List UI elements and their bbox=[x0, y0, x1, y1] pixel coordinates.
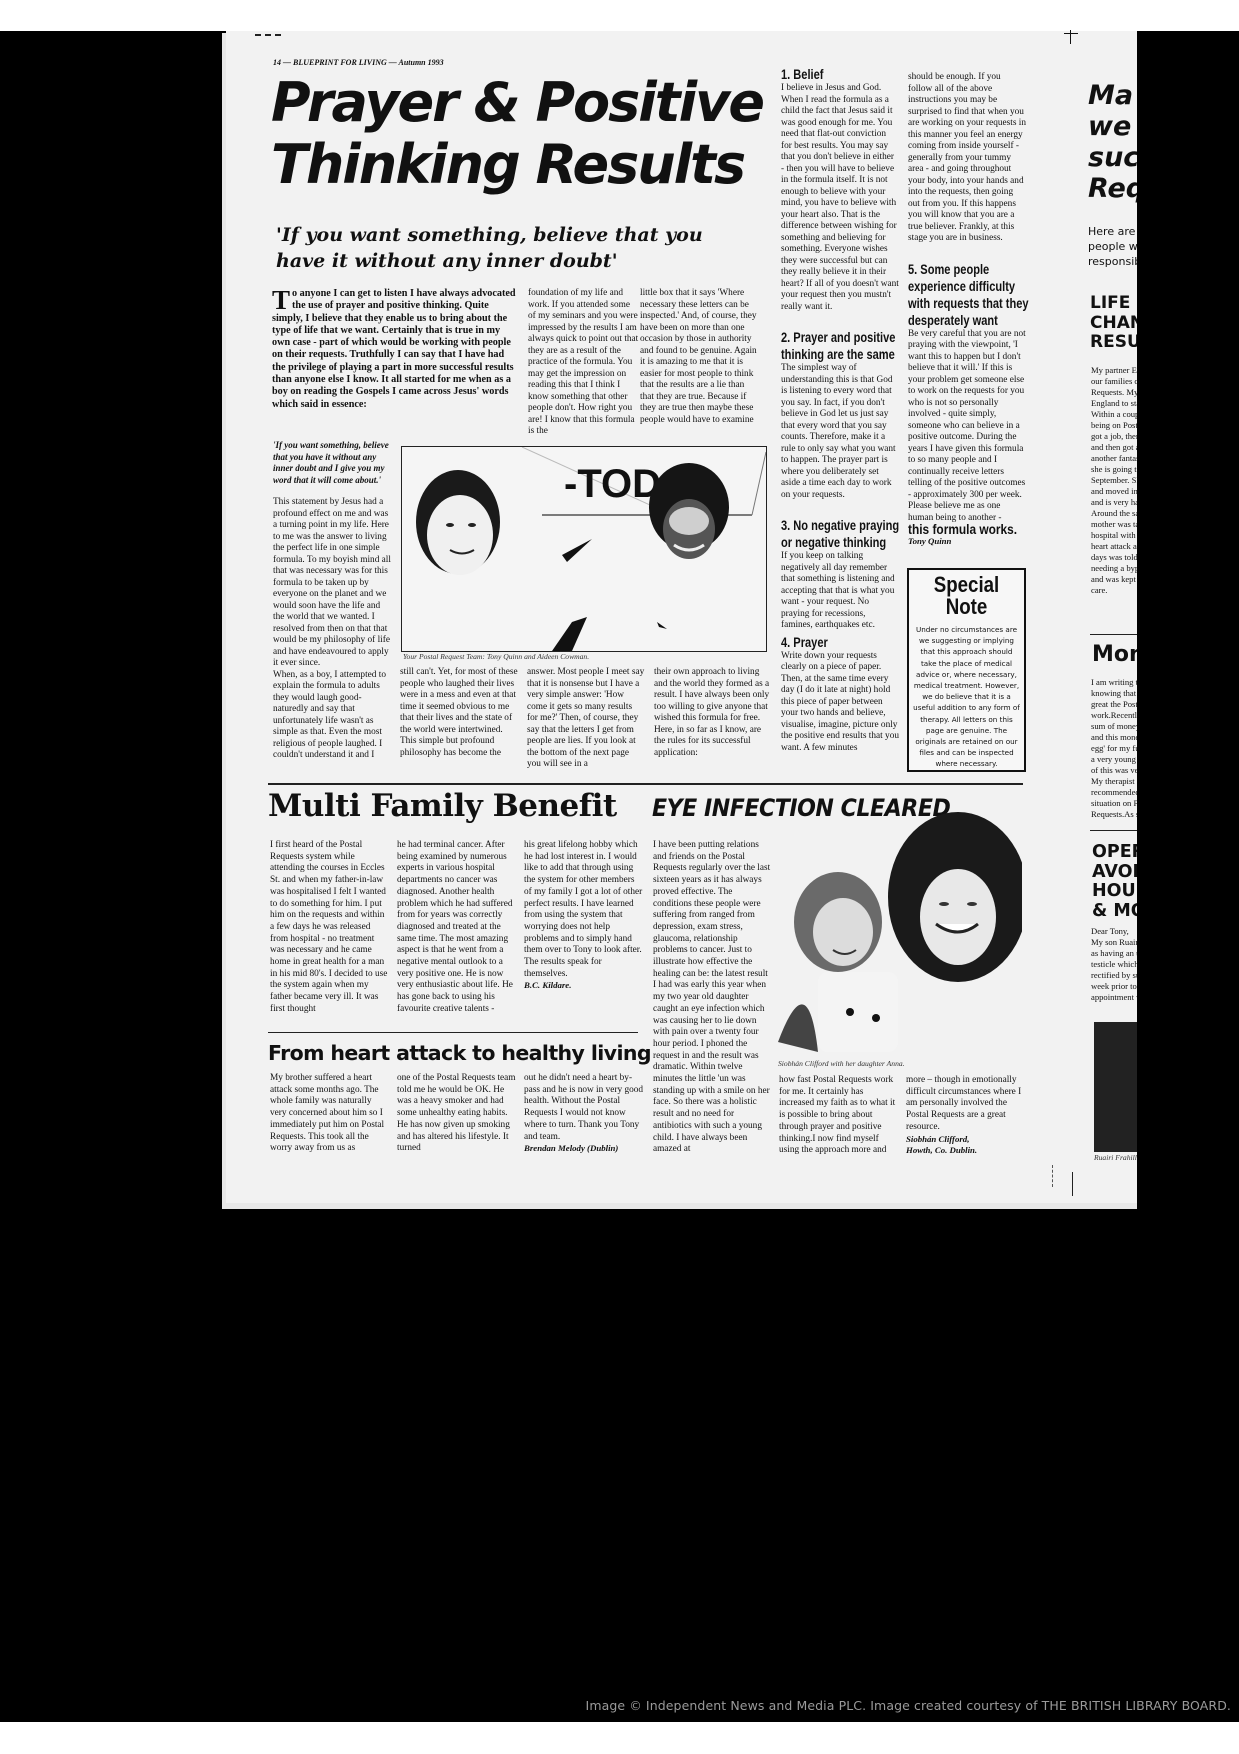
fold-mark bbox=[1052, 1165, 1054, 1187]
team-photo-caption: Your Postal Request Team: Tony Quinn and… bbox=[403, 652, 589, 661]
lede-paragraph: To anyone I can get to listen I have alw… bbox=[272, 288, 517, 411]
headline-line-2: Thinking Results bbox=[271, 134, 763, 196]
multi-family-title: Multi Family Benefit bbox=[268, 788, 617, 824]
article-column-c-bottom: answer. Most people I meet say that it i… bbox=[527, 667, 645, 771]
main-subheadline: 'If you want something, believe that you… bbox=[276, 222, 746, 274]
next-page-divider bbox=[1090, 830, 1138, 831]
formula-works-callout: this formula works. bbox=[908, 524, 1008, 536]
eye-infection-signature-2: Howth, Co. Dublin. bbox=[906, 1145, 1026, 1157]
mother-daughter-caption: Siobhán Clifford with her daughter Anna. bbox=[778, 1059, 905, 1068]
section-title-line: RESU bbox=[1090, 333, 1144, 353]
special-note-title-2: Note bbox=[918, 596, 1016, 618]
drop-cap: T bbox=[272, 289, 290, 311]
jesus-quote: 'If you want something, believe that you… bbox=[273, 440, 391, 486]
running-header: 14 — BLUEPRINT FOR LIVING — Autumn 1993 bbox=[273, 58, 444, 67]
rule-4-continued: should be enough. If you follow all of t… bbox=[908, 72, 1026, 245]
heart-attack-signature: Brendan Melody (Dublin) bbox=[524, 1143, 644, 1155]
image-credit: Image © Independent News and Media PLC. … bbox=[586, 1698, 1231, 1713]
fold-mark bbox=[1072, 1172, 1073, 1196]
heart-attack-col-1: My brother suffered a heart attack some … bbox=[270, 1073, 390, 1155]
heart-attack-col-3: out he didn't need a heart by-pass and h… bbox=[524, 1073, 644, 1155]
mother-daughter-photo-image bbox=[778, 812, 1022, 1056]
ruairi-photo bbox=[1094, 1022, 1138, 1152]
special-note-box: Special Note Under no circumstances are … bbox=[907, 568, 1026, 772]
bottom-margin bbox=[0, 1722, 1239, 1754]
multi-family-col-1: I first heard of the Postal Requests sys… bbox=[270, 840, 390, 1016]
team-photo-image: -TOD bbox=[402, 447, 766, 651]
author-signature: Tony Quinn bbox=[908, 536, 1026, 548]
life-changing-title: LIFE CHAN RESU bbox=[1090, 294, 1144, 353]
eye-infection-col-3: more – though in emotionally difficult c… bbox=[906, 1075, 1026, 1157]
article-column-c-top: little box that it says 'Where necessary… bbox=[640, 288, 760, 426]
rule-2-title: 2. Prayer and positive thinking are the … bbox=[781, 329, 904, 363]
heart-attack-col-2: one of the Postal Requests team told me … bbox=[397, 1073, 517, 1155]
team-photo: -TOD bbox=[401, 446, 767, 652]
eye-infection-col-2: how fast Postal Requests work for me. It… bbox=[779, 1075, 897, 1157]
article-column-a: 'If you want something, believe that you… bbox=[273, 440, 391, 762]
rule-5-title: 5. Some people experience difficulty wit… bbox=[908, 261, 1031, 329]
rules-column-2: should be enough. If you follow all of t… bbox=[908, 72, 1026, 547]
rule-5-body: Be very careful that you are not praying… bbox=[908, 329, 1026, 525]
article-column-b-bottom: still can't. Yet, for most of these peop… bbox=[400, 667, 518, 759]
heart-attack-title: From heart attack to healthy living bbox=[268, 1041, 651, 1065]
mother-daughter-photo bbox=[778, 812, 1022, 1056]
scan-black-border bbox=[1137, 31, 1239, 1211]
section-divider bbox=[268, 783, 1023, 785]
column-a-paragraph-1: This statement by Jesus had a profound e… bbox=[273, 497, 391, 670]
article-column-d-bottom: their own approach to living and the wor… bbox=[654, 667, 772, 759]
eye-infection-col-1: I have been putting relations and friend… bbox=[653, 840, 773, 1156]
special-note-body: Under no circumstances are we suggesting… bbox=[909, 624, 1024, 770]
registration-mark-icon bbox=[1064, 30, 1078, 44]
lede-text: o anyone I can get to listen I have alwa… bbox=[272, 288, 516, 410]
rules-column-1: 1. Belief I believe in Jesus and God. Wh… bbox=[781, 66, 899, 754]
next-page-divider bbox=[1090, 634, 1138, 635]
story-divider bbox=[268, 1032, 638, 1033]
crop-mark bbox=[255, 34, 281, 36]
ruairi-photo-caption: Ruairi Frahill bbox=[1094, 1153, 1137, 1162]
multi-family-col-3-text: his great lifelong hobby which he had lo… bbox=[524, 840, 642, 979]
rule-4-body: Write down your requests clearly on a pi… bbox=[781, 651, 899, 755]
section-title-line: CHAN bbox=[1090, 314, 1144, 334]
multi-family-col-2: he had terminal cancer. After being exam… bbox=[397, 840, 517, 1016]
rule-3-title: 3. No negative praying or negative think… bbox=[781, 517, 904, 551]
special-note-title-1: Special bbox=[918, 574, 1016, 596]
rule-4-title: 4. Prayer bbox=[781, 634, 878, 651]
photo-sign-text: -TOD bbox=[564, 462, 661, 506]
headline-line-1: Prayer & Positive bbox=[271, 72, 763, 134]
top-margin bbox=[0, 0, 1239, 31]
main-headline: Prayer & Positive Thinking Results bbox=[271, 72, 763, 196]
eye-infection-signature-1: Siobhán Clifford, bbox=[906, 1134, 1026, 1146]
column-a-paragraph-2: When, as a boy, I attempted to explain t… bbox=[273, 670, 391, 762]
eye-infection-col-3-text: more – though in emotionally difficult c… bbox=[906, 1075, 1021, 1132]
heart-attack-col-3-text: out he didn't need a heart by-pass and h… bbox=[524, 1073, 643, 1142]
rule-3-body: If you keep on talking negatively all da… bbox=[781, 551, 899, 632]
multi-family-signature: B.C. Kildare. bbox=[524, 980, 644, 992]
rule-1-body: I believe in Jesus and God. When I read … bbox=[781, 83, 899, 313]
rule-2-body: The simplest way of understanding this i… bbox=[781, 363, 899, 501]
article-column-b-top: foundation of my life and work. If you a… bbox=[528, 288, 640, 438]
rule-1-title: 1. Belief bbox=[781, 66, 878, 83]
multi-family-col-3: his great lifelong hobby which he had lo… bbox=[524, 840, 644, 992]
section-title-line: LIFE bbox=[1090, 294, 1144, 314]
